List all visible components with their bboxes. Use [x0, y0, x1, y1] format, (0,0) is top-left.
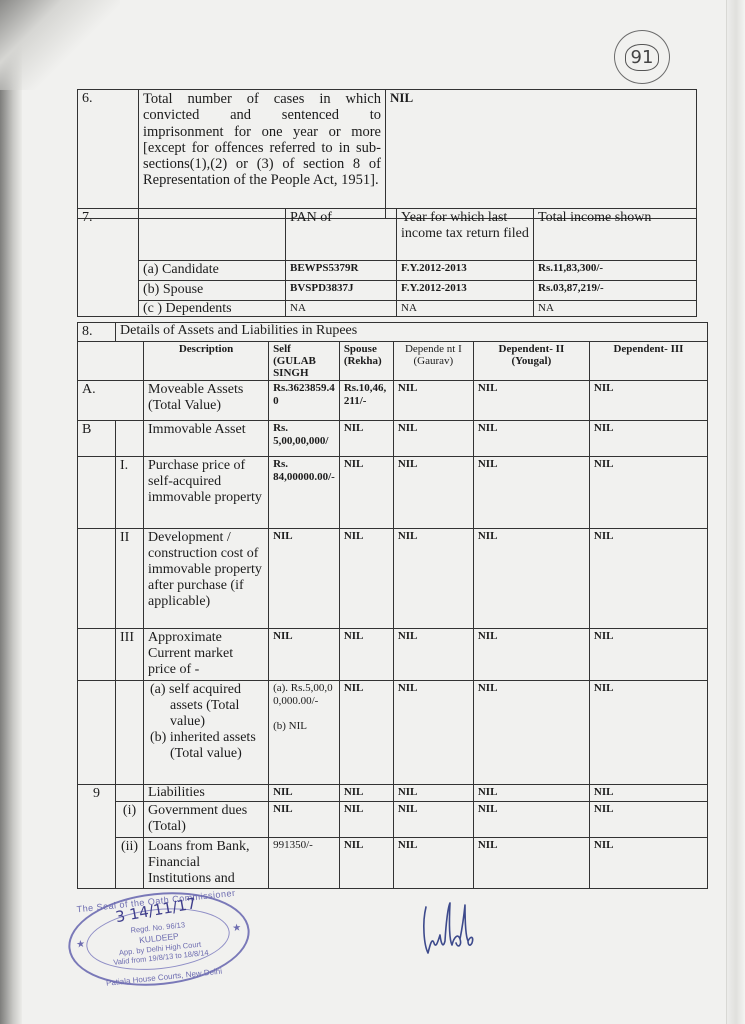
self-acquired-value: (a). Rs.5,00,00,000.00/- [273, 682, 335, 708]
spouse-value: NIL [339, 838, 393, 889]
year-header: Year for which last income tax return fi… [397, 209, 534, 261]
table-row: A. Moveable Assets (Total Value) Rs.3623… [78, 381, 708, 421]
dependent-1-value: NIL [393, 421, 473, 457]
candidate-label: (a) Candidate [139, 261, 286, 281]
self-value: 991350/- [269, 838, 340, 889]
table-row: (b) Spouse BVSPD3837J F.Y.2012-2013 Rs.0… [78, 281, 697, 301]
spouse-income: Rs.03,87,219/- [534, 281, 697, 301]
dependent-2-header: Dependent- II (Yougal) [473, 342, 589, 381]
spouse-value: NIL [339, 629, 393, 681]
table-row: II Development / construction cost of im… [78, 529, 708, 629]
row-description: Development / construction cost of immov… [144, 529, 269, 629]
spouse-value: NIL [339, 681, 393, 785]
dependent-1-value: NIL [393, 381, 473, 421]
dependent-2-value: NIL [473, 785, 589, 802]
dependent-3-value: NIL [589, 785, 707, 802]
dependent-3-value: NIL [589, 421, 707, 457]
dependent-2-value: NIL [473, 421, 589, 457]
dependent-2-value: NIL [473, 838, 589, 889]
self-value: Rs. 5,00,00,000/ [269, 421, 340, 457]
page-shadow-left [0, 0, 22, 1024]
description-header: Description [144, 342, 269, 381]
spouse-pan: BVSPD3837J [286, 281, 397, 301]
signature [418, 893, 478, 963]
spouse-value: Rs.10,46,211/- [339, 381, 393, 421]
spouse-value: NIL [339, 457, 393, 529]
dependent-3-value: NIL [589, 529, 707, 629]
row-description: Government dues (Total) [144, 802, 269, 838]
self-value: (a). Rs.5,00,00,000.00/- (b) NIL [269, 681, 340, 785]
self-acquired-desc: (a) self acquired assets (Total value) [150, 682, 264, 730]
spouse-label: (b) Spouse [139, 281, 286, 301]
row-number [78, 529, 116, 629]
page-number-text: 91 [625, 44, 660, 71]
row-subnumber [116, 785, 144, 802]
section-7-number: 7. [78, 209, 139, 317]
row-number: B [78, 421, 116, 457]
row-description: Immovable Asset [144, 421, 269, 457]
page-shadow-top [0, 0, 120, 90]
row-subnumber: (ii) [116, 838, 144, 889]
row-description: Purchase price of self-acquired immovabl… [144, 457, 269, 529]
spouse-value: NIL [339, 785, 393, 802]
table-row: (c ) Dependents NA NA NA [78, 301, 697, 317]
page-edge-right [726, 0, 745, 1024]
row-description: Moveable Assets (Total Value) [144, 381, 269, 421]
self-value: NIL [269, 629, 340, 681]
dependent-2-value: NIL [473, 629, 589, 681]
row-subnumber [116, 681, 144, 785]
dependent-1-value: NIL [393, 529, 473, 629]
row-number [78, 457, 116, 529]
dependent-3-value: NIL [589, 802, 707, 838]
section-9-number: 9 [78, 785, 116, 889]
table-row: 9 Liabilities NIL NIL NIL NIL NIL [78, 785, 708, 802]
inherited-desc: (b) inherited assets (Total value) [150, 730, 264, 762]
row-description: Approximate Current market price of - [144, 629, 269, 681]
table-row: III Approximate Current market price of … [78, 629, 708, 681]
dependent-3-header: Dependent- III [589, 342, 707, 381]
row-number: A. [78, 381, 144, 421]
row-description: (a) self acquired assets (Total value) (… [144, 681, 269, 785]
dependent-1-value: NIL [393, 457, 473, 529]
section-8-title: Details of Assets and Liabilities in Rup… [116, 323, 708, 342]
row-subnumber: III [116, 629, 144, 681]
candidate-pan: BEWPS5379R [286, 261, 397, 281]
row-subnumber: (i) [116, 802, 144, 838]
section-7-blank-header [139, 209, 286, 261]
section-6-value: NIL [386, 90, 697, 219]
row-subnumber: II [116, 529, 144, 629]
self-value: NIL [269, 785, 340, 802]
dependent-2-value: NIL [473, 381, 589, 421]
income-header: Total income shown [534, 209, 697, 261]
header-blank [78, 342, 144, 381]
spouse-header: Spouse (Rekha) [339, 342, 393, 381]
table-row: (i) Government dues (Total) NIL NIL NIL … [78, 802, 708, 838]
assets-liabilities-table: 8. Details of Assets and Liabilities in … [77, 322, 708, 889]
candidate-year: F.Y.2012-2013 [397, 261, 534, 281]
star-icon: ★ [76, 939, 86, 951]
table-row: (a) self acquired assets (Total value) (… [78, 681, 708, 785]
row-description: Loans from Bank, Financial Institutions … [144, 838, 269, 889]
dependent-3-value: NIL [589, 838, 707, 889]
dependents-pan: NA [286, 301, 397, 317]
section-6-table: 6. Total number of cases in which convic… [77, 89, 697, 219]
dependent-3-value: NIL [589, 457, 707, 529]
section-7-table: 7. PAN of Year for which last income tax… [77, 208, 697, 317]
star-icon: ★ [232, 922, 242, 934]
spouse-value: NIL [339, 421, 393, 457]
dependent-1-value: NIL [393, 838, 473, 889]
dependent-1-value: NIL [393, 785, 473, 802]
inherited-value: (b) NIL [273, 720, 335, 733]
page-number: 91 [614, 30, 670, 84]
spouse-value: NIL [339, 529, 393, 629]
dependent-1-value: NIL [393, 802, 473, 838]
row-subnumber [116, 421, 144, 457]
table-row: I. Purchase price of self-acquired immov… [78, 457, 708, 529]
spouse-value: NIL [339, 802, 393, 838]
candidate-income: Rs.11,83,300/- [534, 261, 697, 281]
dependent-1-value: NIL [393, 681, 473, 785]
self-value: NIL [269, 529, 340, 629]
dependent-3-value: NIL [589, 629, 707, 681]
section-6-number: 6. [78, 90, 139, 219]
pan-header: PAN of [286, 209, 397, 261]
spouse-year: F.Y.2012-2013 [397, 281, 534, 301]
dependent-2-value: NIL [473, 802, 589, 838]
section-8-number: 8. [78, 323, 116, 342]
table-row: (ii) Loans from Bank, Financial Institut… [78, 838, 708, 889]
dependents-label: (c ) Dependents [139, 301, 286, 317]
table-row: (a) Candidate BEWPS5379R F.Y.2012-2013 R… [78, 261, 697, 281]
self-value: NIL [269, 802, 340, 838]
self-header: Self (GULAB SINGH [269, 342, 340, 381]
row-number [78, 681, 116, 785]
dependent-1-value: NIL [393, 629, 473, 681]
dependent-2-value: NIL [473, 457, 589, 529]
dependent-3-value: NIL [589, 681, 707, 785]
dependent-3-value: NIL [589, 381, 707, 421]
dependent-2-value: NIL [473, 681, 589, 785]
self-value: Rs.3623859.40 [269, 381, 340, 421]
row-subnumber: I. [116, 457, 144, 529]
dependent-2-value: NIL [473, 529, 589, 629]
oath-commissioner-stamp: The Seal of the Oath Commissioner 3 14/1… [64, 884, 255, 995]
self-value: Rs. 84,00000.00/- [269, 457, 340, 529]
dependents-income: NA [534, 301, 697, 317]
row-description: Liabilities [144, 785, 269, 802]
section-6-description: Total number of cases in which convicted… [139, 90, 386, 219]
row-number [78, 629, 116, 681]
dependent-1-header: Depende nt I (Gaurav) [393, 342, 473, 381]
table-row: B Immovable Asset Rs. 5,00,00,000/ NIL N… [78, 421, 708, 457]
dependents-year: NA [397, 301, 534, 317]
